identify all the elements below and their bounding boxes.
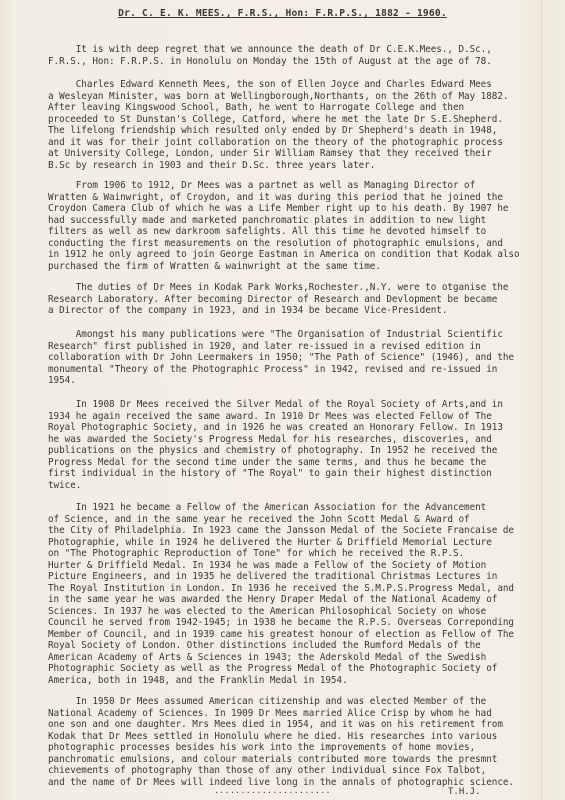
text-line: twice. — [48, 480, 503, 492]
text-line: National Academy of Sciences. In 1909 Dr… — [48, 708, 514, 720]
text-line: Hurter & Driffield Medal. In 1934 he was… — [48, 560, 514, 572]
text-line: a Wesleyan Minister, was born at Welling… — [48, 91, 508, 103]
text-line: chievements of photography than those of… — [48, 765, 514, 777]
text-line: in the same year he was awarded the Henr… — [48, 594, 514, 606]
text-line: first individual in the history of "The … — [48, 468, 503, 480]
paragraph: From 1906 to 1912, Dr Mees was a partnet… — [48, 180, 520, 272]
page-title: Dr. C. E. K. MEES., F.R.S., Hon: F.R.P.S… — [0, 8, 565, 19]
text-line: on "The Photographic Reproduction of Ton… — [48, 548, 514, 560]
text-line: collaboration with Dr John Leermakers in… — [48, 352, 514, 364]
text-line: 1954. — [48, 375, 514, 387]
paragraph: In 1921 he became a Fellow of the Americ… — [48, 502, 514, 686]
text-line: at University College, London, under Sir… — [48, 148, 508, 160]
text-line: American Academy of Arts & Sciences in 1… — [48, 652, 514, 664]
text-line: publications on the physics and chemistr… — [48, 445, 503, 457]
document-page: Dr. C. E. K. MEES., F.R.S., Hon: F.R.P.S… — [0, 0, 565, 800]
text-line: photographic processes besides his work … — [48, 742, 514, 754]
text-line: It is with deep regret that we announce … — [48, 44, 492, 56]
text-line: Royal Society of London. Other distincti… — [48, 640, 514, 652]
text-line: Kodak that Dr Mees settled in Honolulu w… — [48, 731, 514, 743]
text-line: he was awarded the Society's Progress Me… — [48, 434, 503, 446]
text-line: B.Sc by research in 1903 and their D.Sc.… — [48, 160, 508, 172]
text-line: Charles Edward Kenneth Mees, the son of … — [48, 79, 508, 91]
text-line: The duties of Dr Mees in Kodak Park Work… — [48, 282, 508, 294]
text-line: a Director of the company in 1923, and i… — [48, 305, 508, 317]
text-line: Photographie, while in 1924 he delivered… — [48, 537, 514, 549]
paragraph: Charles Edward Kenneth Mees, the son of … — [48, 79, 508, 171]
text-line: Photographic Society as well as the Prog… — [48, 663, 514, 675]
text-line: America, both in 1948, and the Franklin … — [48, 675, 514, 687]
text-line: After leaving Kingswood School, Bath, he… — [48, 102, 508, 114]
text-line: Council he served from 1942-1945; in 193… — [48, 617, 514, 629]
text-line: Amongst his many publications were "The … — [48, 329, 514, 341]
text-line: in 1912 he only agreed to join George Ea… — [48, 249, 520, 261]
text-line: In 1950 Dr Mees assumed American citizen… — [48, 696, 514, 708]
text-line: and it was for their joint collaboration… — [48, 137, 508, 149]
text-line: Research Laboratory. After becoming Dire… — [48, 294, 508, 306]
text-line: filters as well as new darkroom safeligh… — [48, 226, 520, 238]
text-line: the City of Philadelphia. In 1923 came t… — [48, 525, 514, 537]
text-line: purchased the firm of Wratten & wainwrig… — [48, 261, 520, 273]
text-line: The lifelong friendship which resulted o… — [48, 125, 508, 137]
text-line: The Royal Institution in London. In 1936… — [48, 583, 514, 595]
paragraph: In 1950 Dr Mees assumed American citizen… — [48, 696, 514, 788]
text-line: panchromatic emulsions, and colour mater… — [48, 754, 514, 766]
text-line: From 1906 to 1912, Dr Mees was a partnet… — [48, 180, 520, 192]
page-edge — [541, 0, 542, 800]
text-line: Member of Council, and in 1939 came his … — [48, 629, 514, 641]
text-line: monumental "Theory of the Photographic P… — [48, 364, 514, 376]
separator: ...................... — [214, 786, 331, 795]
text-line: In 1908 Dr Mees received the Silver Meda… — [48, 399, 503, 411]
text-line: one son and one daughter. Mrs Mees died … — [48, 719, 514, 731]
paragraph: The duties of Dr Mees in Kodak Park Work… — [48, 282, 508, 317]
paragraph: In 1908 Dr Mees received the Silver Meda… — [48, 399, 503, 491]
paragraph: It is with deep regret that we announce … — [48, 44, 492, 67]
text-line: Sciences. In 1937 he was elected to the … — [48, 606, 514, 618]
text-line: Research" first published in 1920, and l… — [48, 341, 514, 353]
text-line: Progress Medal for the second time under… — [48, 457, 503, 469]
text-line: In 1921 he became a Fellow of the Americ… — [48, 502, 514, 514]
text-line: 1934 he again received the same award. I… — [48, 411, 503, 423]
text-line: conducting the first measurements on the… — [48, 238, 520, 250]
text-line: F.R.S., Hon: F.R.P.S. in Honolulu on Mon… — [48, 56, 492, 68]
signature: T.H.J. — [448, 787, 481, 797]
text-line: Picture Engineers, and in 1935 he delive… — [48, 571, 514, 583]
text-line: Wratten & Wainwright, of Croydon, and it… — [48, 192, 520, 204]
paragraph: Amongst his many publications were "The … — [48, 329, 514, 387]
text-line: Croydon Camera Club of which he was a Li… — [48, 203, 520, 215]
text-line: had successfully made and marketed panch… — [48, 215, 520, 227]
text-line: proceeded to St Dunstan's College, Catfo… — [48, 114, 508, 126]
text-line: of Science, and in the same year he rece… — [48, 514, 514, 526]
text-line: Royal Photographic Society, and in 1926 … — [48, 422, 503, 434]
